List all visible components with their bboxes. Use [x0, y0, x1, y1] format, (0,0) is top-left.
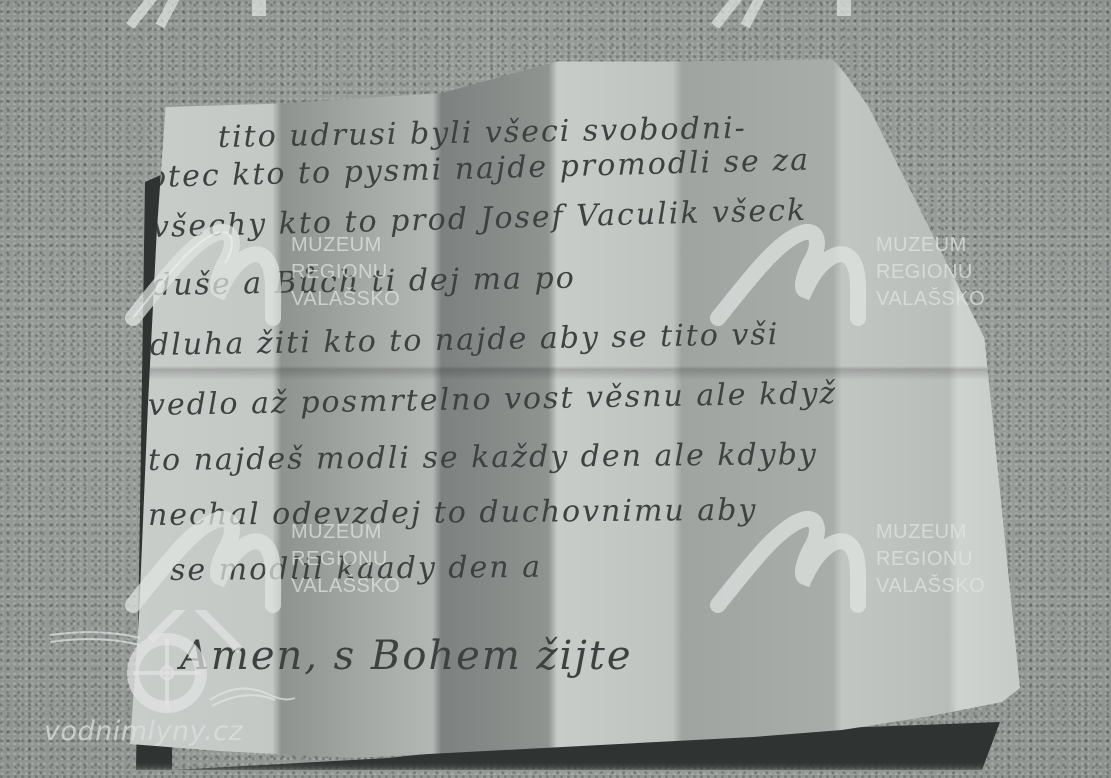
- museum-m-logo-icon: [120, 0, 270, 28]
- museum-watermark-text: VALASSKO: [288, 0, 397, 5]
- vodnimlyny-watermark-text: vodnimlyny.cz: [44, 716, 243, 747]
- museum-m-logo-icon: [710, 218, 870, 328]
- museum-m-logo-icon: [125, 218, 285, 328]
- museum-watermark-line1: MUZEUM: [876, 232, 985, 259]
- museum-watermark-text: VALASSKO: [875, 0, 984, 5]
- museum-m-logo-icon: [125, 505, 285, 615]
- museum-watermark-line2: REGIONU: [876, 546, 985, 573]
- museum-watermark-line1: MUZEUM: [291, 519, 400, 546]
- museum-watermark-line1: MUZEUM: [291, 232, 400, 259]
- museum-watermark-line2: REGIONU: [876, 259, 985, 286]
- museum-watermark-line2: REGIONU: [291, 259, 400, 286]
- museum-m-logo-icon: [705, 0, 855, 28]
- museum-m-logo-icon: [710, 505, 870, 615]
- museum-watermark-line2: REGIONU: [291, 546, 400, 573]
- water-mill-wheel-icon: [40, 610, 300, 720]
- museum-watermark-line3: VALAŠSKO: [291, 573, 400, 600]
- handwriting-line: vedlo až posmrtelno vost věsnu ale když: [148, 376, 838, 423]
- museum-watermark-line3: VALAŠSKO: [876, 573, 985, 600]
- handwriting-line: to najdeš modli se každy den ale kdyby: [148, 437, 818, 478]
- museum-watermark-line3: VALAŠSKO: [291, 286, 400, 313]
- museum-watermark-line3: VALAŠSKO: [876, 286, 985, 313]
- museum-watermark-line1: MUZEUM: [876, 519, 985, 546]
